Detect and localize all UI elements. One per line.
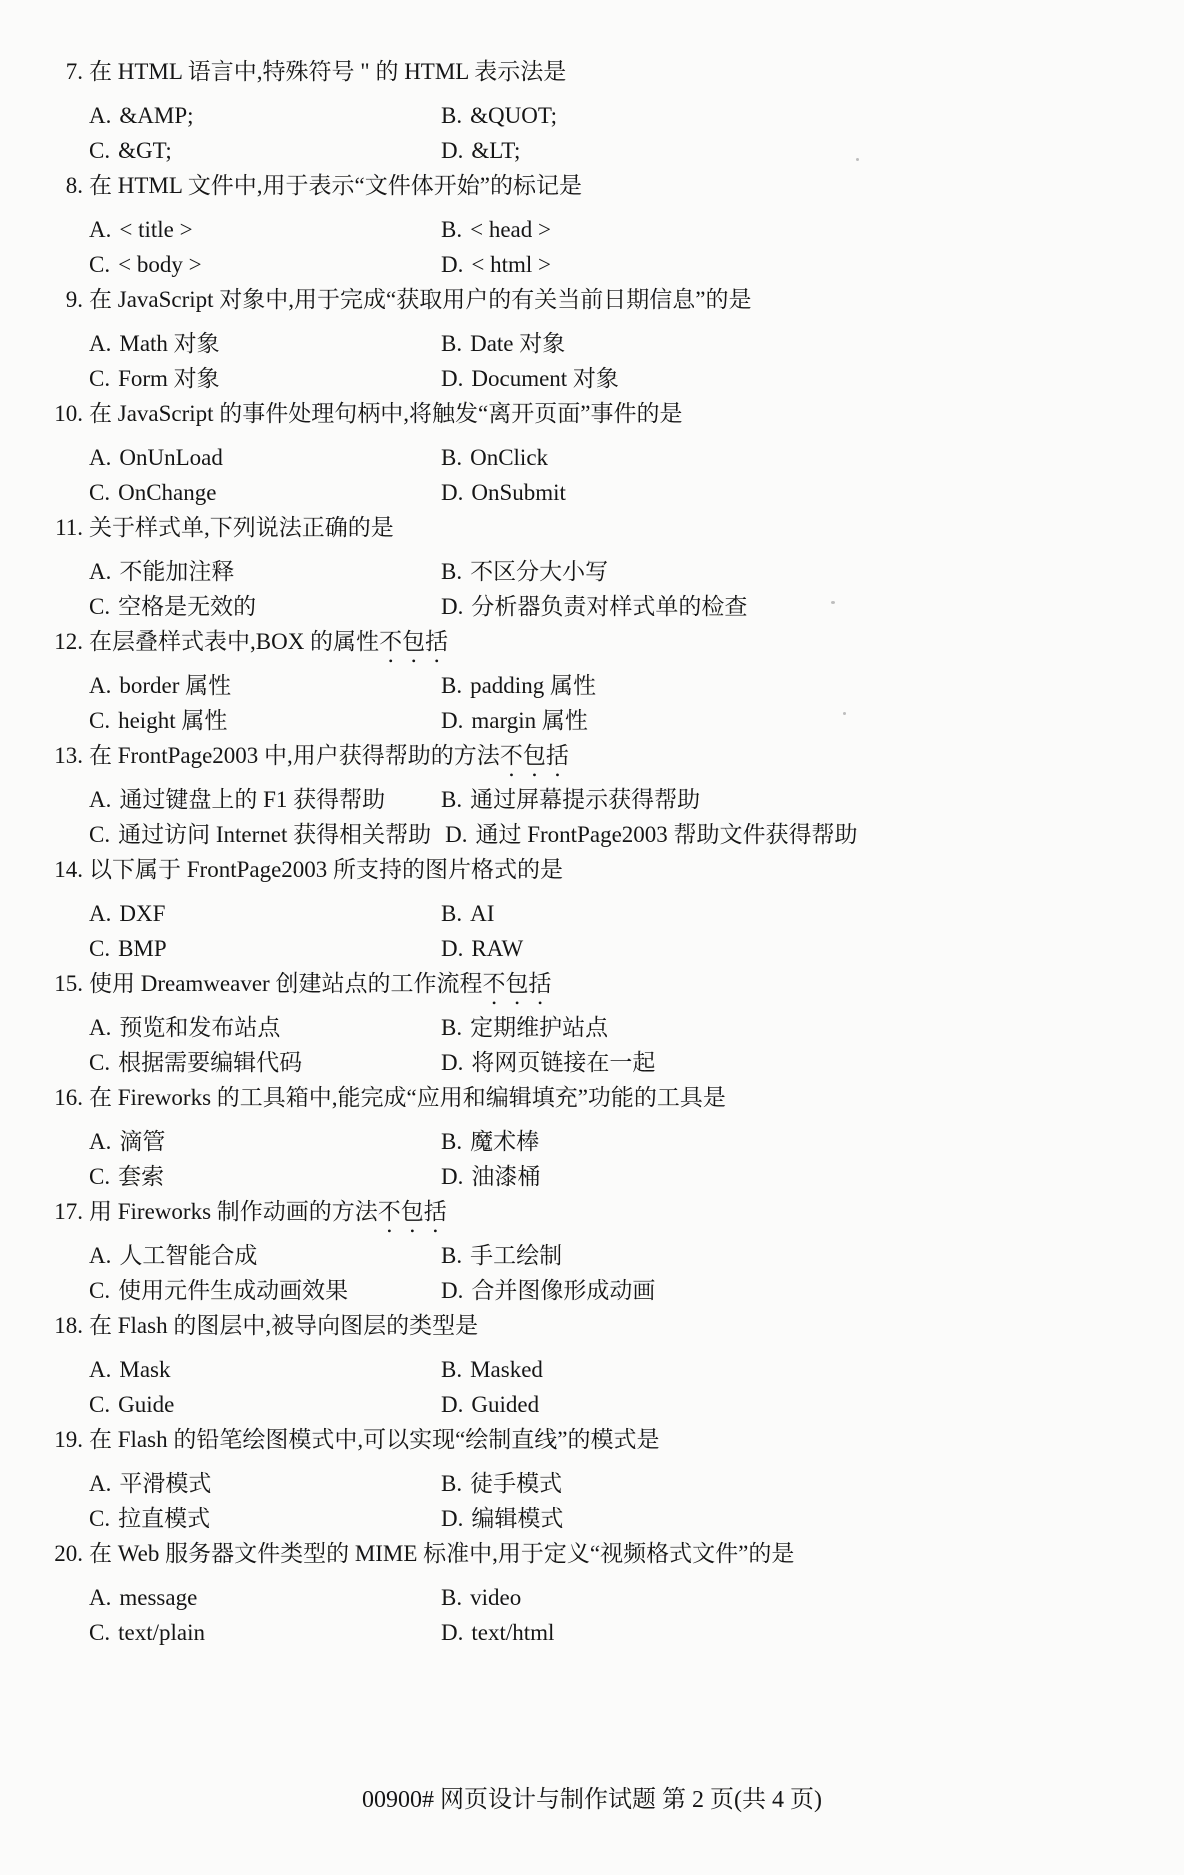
question-stem: 使用 Dreamweaver 创建站点的工作流程不包括 — [89, 966, 551, 1010]
option-a: A.平滑模式 — [89, 1466, 441, 1501]
question: 12. 在层叠样式表中,BOX 的属性不包括 A.border 属性 B.pad… — [48, 624, 1156, 738]
option-d-label: D. — [441, 366, 463, 391]
option-b: B.不区分大小写 — [441, 554, 608, 589]
option-b-label: B. — [441, 1243, 462, 1268]
option-d: D.margin 属性 — [441, 703, 588, 738]
option-c-label: C. — [89, 1620, 110, 1645]
question-stem-text: 在 JavaScript 对象中,用于完成“获取用户的有关当前日期信息”的是 — [89, 287, 751, 312]
question-stem: 在 Flash 的铅笔绘图模式中,可以实现“绘制直线”的模式是 — [89, 1422, 660, 1466]
option-d-label: D. — [441, 594, 463, 619]
option-c: C.根据需要编辑代码 — [89, 1045, 441, 1080]
option-c-text: Guide — [118, 1392, 174, 1417]
question-stem-line: 14. 以下属于 FrontPage2003 所支持的图片格式的是 — [48, 852, 1156, 896]
option-row-cd: C.text/plain D.text/html — [89, 1615, 1156, 1650]
option-d: D.< html > — [441, 247, 551, 282]
option-a-text: 通过键盘上的 F1 获得帮助 — [119, 787, 385, 812]
option-b-label: B. — [441, 673, 462, 698]
option-a-label: A. — [89, 1015, 111, 1040]
option-d-label: D. — [441, 1620, 463, 1645]
question-number: 8. — [48, 168, 83, 212]
option-row-cd: C.height 属性 D.margin 属性 — [89, 703, 1156, 738]
option-c-text: Form 对象 — [118, 366, 220, 391]
option-c-text: height 属性 — [118, 708, 227, 733]
option-a-label: A. — [89, 1471, 111, 1496]
option-row-ab: A.滴管 B.魔术棒 — [89, 1124, 1156, 1159]
option-b: B.video — [441, 1580, 521, 1615]
option-a-text: message — [119, 1585, 197, 1610]
option-a-text: Mask — [119, 1357, 170, 1382]
question-stem-text: 在层叠样式表中,BOX 的属性 — [89, 629, 379, 654]
option-b-label: B. — [441, 103, 462, 128]
option-d: D.text/html — [441, 1615, 554, 1650]
option-d: D.&LT; — [441, 133, 520, 168]
question-stem-text: 在 Fireworks 的工具箱中,能完成“应用和编辑填充”功能的工具是 — [89, 1085, 726, 1110]
option-c-label: C. — [89, 138, 110, 163]
question: 7. 在 HTML 语言中,特殊符号 " 的 HTML 表示法是 A.&AMP;… — [48, 54, 1156, 168]
option-b-label: B. — [441, 1015, 462, 1040]
option-c-label: C. — [89, 1050, 110, 1075]
option-b-label: B. — [441, 331, 462, 356]
option-c-label: C. — [89, 594, 110, 619]
option-a-text: < title > — [119, 217, 192, 242]
question-stem: 在层叠样式表中,BOX 的属性不包括 — [89, 624, 448, 668]
question-stem-text: 关于样式单,下列说法正确的是 — [89, 515, 394, 540]
footer-text: 00900# 网页设计与制作试题 第 2 页(共 4 页) — [362, 1787, 822, 1813]
option-d: D.RAW — [441, 931, 523, 966]
option-a: A.&AMP; — [89, 98, 441, 133]
option-row-cd: C.套索 D.油漆桶 — [89, 1159, 1156, 1194]
option-a: A.预览和发布站点 — [89, 1010, 441, 1045]
option-d-label: D. — [441, 1392, 463, 1417]
question-stem-line: 20. 在 Web 服务器文件类型的 MIME 标准中,用于定义“视频格式文件”… — [48, 1536, 1156, 1580]
option-a: A.Math 对象 — [89, 326, 441, 361]
question-stem-line: 18. 在 Flash 的图层中,被导向图层的类型是 — [48, 1308, 1156, 1352]
question-stem-line: 11. 关于样式单,下列说法正确的是 — [48, 510, 1156, 554]
question-stem-line: 13. 在 FrontPage2003 中,用户获得帮助的方法不包括 — [48, 738, 1156, 782]
question-stem: 在 Fireworks 的工具箱中,能完成“应用和编辑填充”功能的工具是 — [89, 1080, 726, 1124]
option-row-ab: A.人工智能合成 B.手工绘制 — [89, 1238, 1156, 1273]
option-a-label: A. — [89, 559, 111, 584]
question-stem-text: 在 HTML 语言中,特殊符号 " 的 HTML 表示法是 — [89, 59, 566, 84]
question-stem-text: 在 FrontPage2003 中,用户获得帮助的方法 — [89, 743, 500, 768]
question-stem-line: 7. 在 HTML 语言中,特殊符号 " 的 HTML 表示法是 — [48, 54, 1156, 98]
option-b-text: 手工绘制 — [470, 1243, 562, 1268]
question: 9. 在 JavaScript 对象中,用于完成“获取用户的有关当前日期信息”的… — [48, 282, 1156, 396]
option-b: B.< head > — [441, 212, 551, 247]
question-number: 10. — [48, 396, 83, 440]
option-a-label: A. — [89, 787, 111, 812]
option-a-label: A. — [89, 901, 111, 926]
option-row-cd: C.使用元件生成动画效果 D.合并图像形成动画 — [89, 1273, 1156, 1308]
option-d-text: 分析器负责对样式单的检查 — [471, 594, 747, 619]
scan-speck — [856, 158, 859, 161]
question-stem: 在 HTML 语言中,特殊符号 " 的 HTML 表示法是 — [89, 54, 566, 98]
question-number: 16. — [48, 1080, 83, 1124]
option-a-label: A. — [89, 445, 111, 470]
option-row-ab: A.border 属性 B.padding 属性 — [89, 668, 1156, 703]
option-b: B.Masked — [441, 1352, 543, 1387]
option-row-ab: A.通过键盘上的 F1 获得帮助 B.通过屏幕提示获得帮助 — [89, 782, 1156, 817]
option-b-text: Date 对象 — [470, 331, 565, 356]
option-d-label: D. — [441, 138, 463, 163]
option-c: C.text/plain — [89, 1615, 441, 1650]
question: 20. 在 Web 服务器文件类型的 MIME 标准中,用于定义“视频格式文件”… — [48, 1536, 1156, 1650]
option-a-label: A. — [89, 1129, 111, 1154]
option-b-label: B. — [441, 787, 462, 812]
question-stem: 在 JavaScript 的事件处理句柄中,将触发“离开页面”事件的是 — [89, 396, 682, 440]
question-number: 11. — [48, 510, 83, 554]
option-b-text: 定期维护站点 — [470, 1015, 608, 1040]
option-a-text: DXF — [119, 901, 165, 926]
option-a-text: Math 对象 — [119, 331, 219, 356]
option-a-text: 预览和发布站点 — [119, 1015, 280, 1040]
option-b: B.定期维护站点 — [441, 1010, 608, 1045]
option-c-text: &GT; — [118, 138, 172, 163]
option-d: D.合并图像形成动画 — [441, 1273, 655, 1308]
question: 14. 以下属于 FrontPage2003 所支持的图片格式的是 A.DXF … — [48, 852, 1156, 966]
option-c-label: C. — [89, 1278, 110, 1303]
option-row-cd: C.&GT; D.&LT; — [89, 133, 1156, 168]
question-stem-emphasis: 不包括 — [378, 1199, 447, 1224]
option-d: D.Document 对象 — [441, 361, 619, 396]
question-number: 7. — [48, 54, 83, 98]
option-c-label: C. — [89, 822, 110, 847]
option-a-label: A. — [89, 103, 111, 128]
question-stem-line: 15. 使用 Dreamweaver 创建站点的工作流程不包括 — [48, 966, 1156, 1010]
option-a-label: A. — [89, 217, 111, 242]
option-a: A.Mask — [89, 1352, 441, 1387]
option-d: D.Guided — [441, 1387, 539, 1422]
option-c: C.&GT; — [89, 133, 441, 168]
option-row-ab: A.&AMP; B.&QUOT; — [89, 98, 1156, 133]
option-d-text: 合并图像形成动画 — [471, 1278, 655, 1303]
scan-speck — [831, 601, 835, 604]
option-d-text: Guided — [471, 1392, 539, 1417]
option-a-text: OnUnLoad — [119, 445, 222, 470]
question-stem-line: 10. 在 JavaScript 的事件处理句柄中,将触发“离开页面”事件的是 — [48, 396, 1156, 440]
option-c-text: 套索 — [118, 1164, 164, 1189]
option-d-label: D. — [441, 252, 463, 277]
question: 11. 关于样式单,下列说法正确的是 A.不能加注释 B.不区分大小写 C.空格… — [48, 510, 1156, 624]
option-d-text: < html > — [471, 252, 551, 277]
option-c-text: 空格是无效的 — [118, 594, 256, 619]
question-stem-text: 在 Flash 的图层中,被导向图层的类型是 — [89, 1313, 478, 1338]
option-a: A.DXF — [89, 896, 441, 931]
option-b-text: AI — [470, 901, 494, 926]
option-c: C.BMP — [89, 931, 441, 966]
option-a: A.OnUnLoad — [89, 440, 441, 475]
question-stem: 在 FrontPage2003 中,用户获得帮助的方法不包括 — [89, 738, 569, 782]
option-a-text: 滴管 — [119, 1129, 165, 1154]
option-b: B.&QUOT; — [441, 98, 557, 133]
question-number: 17. — [48, 1194, 83, 1238]
question-stem-emphasis: 不包括 — [500, 743, 569, 768]
option-c-label: C. — [89, 1506, 110, 1531]
question-stem-line: 8. 在 HTML 文件中,用于表示“文件体开始”的标记是 — [48, 168, 1156, 212]
option-d-text: &LT; — [471, 138, 520, 163]
option-a: A.< title > — [89, 212, 441, 247]
question-number: 14. — [48, 852, 83, 896]
option-d-label: D. — [445, 822, 467, 847]
question-stem-line: 17. 用 Fireworks 制作动画的方法不包括 — [48, 1194, 1156, 1238]
exam-page: 7. 在 HTML 语言中,特殊符号 " 的 HTML 表示法是 A.&AMP;… — [0, 0, 1184, 1875]
option-b-text: 徒手模式 — [470, 1471, 562, 1496]
option-b-text: 魔术棒 — [470, 1129, 539, 1154]
option-a: A.不能加注释 — [89, 554, 441, 589]
question: 15. 使用 Dreamweaver 创建站点的工作流程不包括 A.预览和发布站… — [48, 966, 1156, 1080]
option-d-text: 编辑模式 — [471, 1506, 563, 1531]
option-c: C.height 属性 — [89, 703, 441, 738]
option-d-text: 将网页链接在一起 — [471, 1050, 655, 1075]
page-footer: 00900# 网页设计与制作试题 第 2 页(共 4 页) — [0, 1782, 1184, 1818]
option-c: C.Guide — [89, 1387, 441, 1422]
option-row-ab: A.message B.video — [89, 1580, 1156, 1615]
option-b-text: < head > — [470, 217, 551, 242]
option-b: B.徒手模式 — [441, 1466, 562, 1501]
option-c: C.空格是无效的 — [89, 589, 441, 624]
option-a-text: 平滑模式 — [119, 1471, 211, 1496]
option-c-text: BMP — [118, 936, 167, 961]
option-b-text: padding 属性 — [470, 673, 596, 698]
option-a-text: border 属性 — [119, 673, 231, 698]
option-d-label: D. — [441, 1164, 463, 1189]
option-b-label: B. — [441, 1129, 462, 1154]
option-d: D.分析器负责对样式单的检查 — [441, 589, 747, 624]
option-d: D.将网页链接在一起 — [441, 1045, 655, 1080]
option-c-label: C. — [89, 1164, 110, 1189]
option-row-cd: C.空格是无效的 D.分析器负责对样式单的检查 — [89, 589, 1156, 624]
option-d-label: D. — [441, 708, 463, 733]
option-c-text: 通过访问 Internet 获得相关帮助 — [118, 822, 431, 847]
option-b: B.手工绘制 — [441, 1238, 562, 1273]
option-c-text: 使用元件生成动画效果 — [118, 1278, 348, 1303]
option-c-label: C. — [89, 708, 110, 733]
question-stem-text: 以下属于 FrontPage2003 所支持的图片格式的是 — [89, 857, 563, 882]
option-c: C.通过访问 Internet 获得相关帮助 — [89, 817, 445, 852]
option-a-text: 不能加注释 — [119, 559, 234, 584]
question-stem-text: 在 HTML 文件中,用于表示“文件体开始”的标记是 — [89, 173, 582, 198]
option-c-text: 拉直模式 — [118, 1506, 210, 1531]
option-row-ab: A.预览和发布站点 B.定期维护站点 — [89, 1010, 1156, 1045]
question-stem-text: 使用 Dreamweaver 创建站点的工作流程 — [89, 971, 482, 996]
option-c: C.拉直模式 — [89, 1501, 441, 1536]
option-a: A.border 属性 — [89, 668, 441, 703]
option-row-ab: A.OnUnLoad B.OnClick — [89, 440, 1156, 475]
option-a: A.message — [89, 1580, 441, 1615]
option-b-label: B. — [441, 559, 462, 584]
option-row-cd: C.拉直模式 D.编辑模式 — [89, 1501, 1156, 1536]
option-row-cd: C.< body > D.< html > — [89, 247, 1156, 282]
option-a-label: A. — [89, 673, 111, 698]
option-b-label: B. — [441, 1357, 462, 1382]
option-row-ab: A.Math 对象 B.Date 对象 — [89, 326, 1156, 361]
option-a: A.滴管 — [89, 1124, 441, 1159]
option-d-label: D. — [441, 936, 463, 961]
scan-speck — [843, 712, 846, 715]
question-stem: 用 Fireworks 制作动画的方法不包括 — [89, 1194, 447, 1238]
question-stem-text: 用 Fireworks 制作动画的方法 — [89, 1199, 378, 1224]
option-d-text: OnSubmit — [471, 480, 566, 505]
option-a-label: A. — [89, 331, 111, 356]
option-b-label: B. — [441, 445, 462, 470]
option-c: C.OnChange — [89, 475, 441, 510]
option-row-ab: A.Mask B.Masked — [89, 1352, 1156, 1387]
option-b: B.AI — [441, 896, 494, 931]
option-b-text: Masked — [470, 1357, 543, 1382]
option-a-text: &AMP; — [119, 103, 193, 128]
option-row-cd: C.BMP D.RAW — [89, 931, 1156, 966]
question-stem-line: 9. 在 JavaScript 对象中,用于完成“获取用户的有关当前日期信息”的… — [48, 282, 1156, 326]
option-b: B.Date 对象 — [441, 326, 565, 361]
question-stem-line: 16. 在 Fireworks 的工具箱中,能完成“应用和编辑填充”功能的工具是 — [48, 1080, 1156, 1124]
option-row-cd: C.通过访问 Internet 获得相关帮助 D.通过 FrontPage200… — [89, 817, 1156, 852]
option-a-label: A. — [89, 1585, 111, 1610]
question-stem-emphasis: 不包括 — [379, 629, 448, 654]
option-d: D.油漆桶 — [441, 1159, 540, 1194]
option-d-text: text/html — [471, 1620, 554, 1645]
option-c-label: C. — [89, 936, 110, 961]
option-d-label: D. — [441, 1050, 463, 1075]
option-b: B.通过屏幕提示获得帮助 — [441, 782, 700, 817]
question-stem: 以下属于 FrontPage2003 所支持的图片格式的是 — [89, 852, 563, 896]
question-stem: 在 Web 服务器文件类型的 MIME 标准中,用于定义“视频格式文件”的是 — [89, 1536, 794, 1580]
question-stem-emphasis: 不包括 — [482, 971, 551, 996]
option-c-label: C. — [89, 480, 110, 505]
option-row-cd: C.Form 对象 D.Document 对象 — [89, 361, 1156, 396]
option-a-label: A. — [89, 1243, 111, 1268]
question: 8. 在 HTML 文件中,用于表示“文件体开始”的标记是 A.< title … — [48, 168, 1156, 282]
option-c: C.Form 对象 — [89, 361, 441, 396]
option-c-text: 根据需要编辑代码 — [118, 1050, 302, 1075]
option-d-text: 通过 FrontPage2003 帮助文件获得帮助 — [475, 822, 857, 847]
question-stem: 在 HTML 文件中,用于表示“文件体开始”的标记是 — [89, 168, 582, 212]
option-row-cd: C.根据需要编辑代码 D.将网页链接在一起 — [89, 1045, 1156, 1080]
option-c-text: < body > — [118, 252, 201, 277]
option-a: A.人工智能合成 — [89, 1238, 441, 1273]
option-a: A.通过键盘上的 F1 获得帮助 — [89, 782, 441, 817]
question-list: 7. 在 HTML 语言中,特殊符号 " 的 HTML 表示法是 A.&AMP;… — [48, 54, 1156, 1650]
option-b: B.OnClick — [441, 440, 548, 475]
option-b-text: video — [470, 1585, 521, 1610]
question-stem: 在 JavaScript 对象中,用于完成“获取用户的有关当前日期信息”的是 — [89, 282, 751, 326]
question-number: 12. — [48, 624, 83, 668]
option-b-label: B. — [441, 1585, 462, 1610]
question-stem: 关于样式单,下列说法正确的是 — [89, 510, 394, 554]
option-d-text: margin 属性 — [471, 708, 587, 733]
option-row-ab: A.不能加注释 B.不区分大小写 — [89, 554, 1156, 589]
question-stem-text: 在 JavaScript 的事件处理句柄中,将触发“离开页面”事件的是 — [89, 401, 682, 426]
option-b-text: 不区分大小写 — [470, 559, 608, 584]
option-d-label: D. — [441, 1506, 463, 1531]
question-stem-text: 在 Flash 的铅笔绘图模式中,可以实现“绘制直线”的模式是 — [89, 1427, 660, 1452]
option-c-label: C. — [89, 366, 110, 391]
option-c-text: text/plain — [118, 1620, 205, 1645]
option-b-label: B. — [441, 901, 462, 926]
option-b: B.魔术棒 — [441, 1124, 539, 1159]
option-d-label: D. — [441, 1278, 463, 1303]
option-c-label: C. — [89, 252, 110, 277]
option-d: D.OnSubmit — [441, 475, 566, 510]
question: 18. 在 Flash 的图层中,被导向图层的类型是 A.Mask B.Mask… — [48, 1308, 1156, 1422]
option-row-ab: A.平滑模式 B.徒手模式 — [89, 1466, 1156, 1501]
option-d-text: Document 对象 — [471, 366, 619, 391]
option-row-ab: A.DXF B.AI — [89, 896, 1156, 931]
question-number: 19. — [48, 1422, 83, 1466]
question-number: 18. — [48, 1308, 83, 1352]
option-row-ab: A.< title > B.< head > — [89, 212, 1156, 247]
question: 10. 在 JavaScript 的事件处理句柄中,将触发“离开页面”事件的是 … — [48, 396, 1156, 510]
question-number: 15. — [48, 966, 83, 1010]
option-b-text: &QUOT; — [470, 103, 557, 128]
question-stem: 在 Flash 的图层中,被导向图层的类型是 — [89, 1308, 478, 1352]
option-c: C.套索 — [89, 1159, 441, 1194]
question-stem-text: 在 Web 服务器文件类型的 MIME 标准中,用于定义“视频格式文件”的是 — [89, 1541, 794, 1566]
option-b-text: 通过屏幕提示获得帮助 — [470, 787, 700, 812]
option-c: C.使用元件生成动画效果 — [89, 1273, 441, 1308]
option-b-label: B. — [441, 1471, 462, 1496]
option-d-text: 油漆桶 — [471, 1164, 540, 1189]
option-a-label: A. — [89, 1357, 111, 1382]
question-number: 13. — [48, 738, 83, 782]
question: 16. 在 Fireworks 的工具箱中,能完成“应用和编辑填充”功能的工具是… — [48, 1080, 1156, 1194]
question: 17. 用 Fireworks 制作动画的方法不包括 A.人工智能合成 B.手工… — [48, 1194, 1156, 1308]
option-a-text: 人工智能合成 — [119, 1243, 257, 1268]
question-number: 9. — [48, 282, 83, 326]
option-c: C.< body > — [89, 247, 441, 282]
question: 13. 在 FrontPage2003 中,用户获得帮助的方法不包括 A.通过键… — [48, 738, 1156, 852]
option-row-cd: C.OnChange D.OnSubmit — [89, 475, 1156, 510]
option-d: D.通过 FrontPage2003 帮助文件获得帮助 — [445, 817, 857, 852]
option-d: D.编辑模式 — [441, 1501, 563, 1536]
question-stem-line: 12. 在层叠样式表中,BOX 的属性不包括 — [48, 624, 1156, 668]
option-b: B.padding 属性 — [441, 668, 596, 703]
question: 19. 在 Flash 的铅笔绘图模式中,可以实现“绘制直线”的模式是 A.平滑… — [48, 1422, 1156, 1536]
option-b-text: OnClick — [470, 445, 548, 470]
question-number: 20. — [48, 1536, 83, 1580]
option-b-label: B. — [441, 217, 462, 242]
option-row-cd: C.Guide D.Guided — [89, 1387, 1156, 1422]
option-c-label: C. — [89, 1392, 110, 1417]
question-stem-line: 19. 在 Flash 的铅笔绘图模式中,可以实现“绘制直线”的模式是 — [48, 1422, 1156, 1466]
option-c-text: OnChange — [118, 480, 216, 505]
option-d-text: RAW — [471, 936, 523, 961]
option-d-label: D. — [441, 480, 463, 505]
